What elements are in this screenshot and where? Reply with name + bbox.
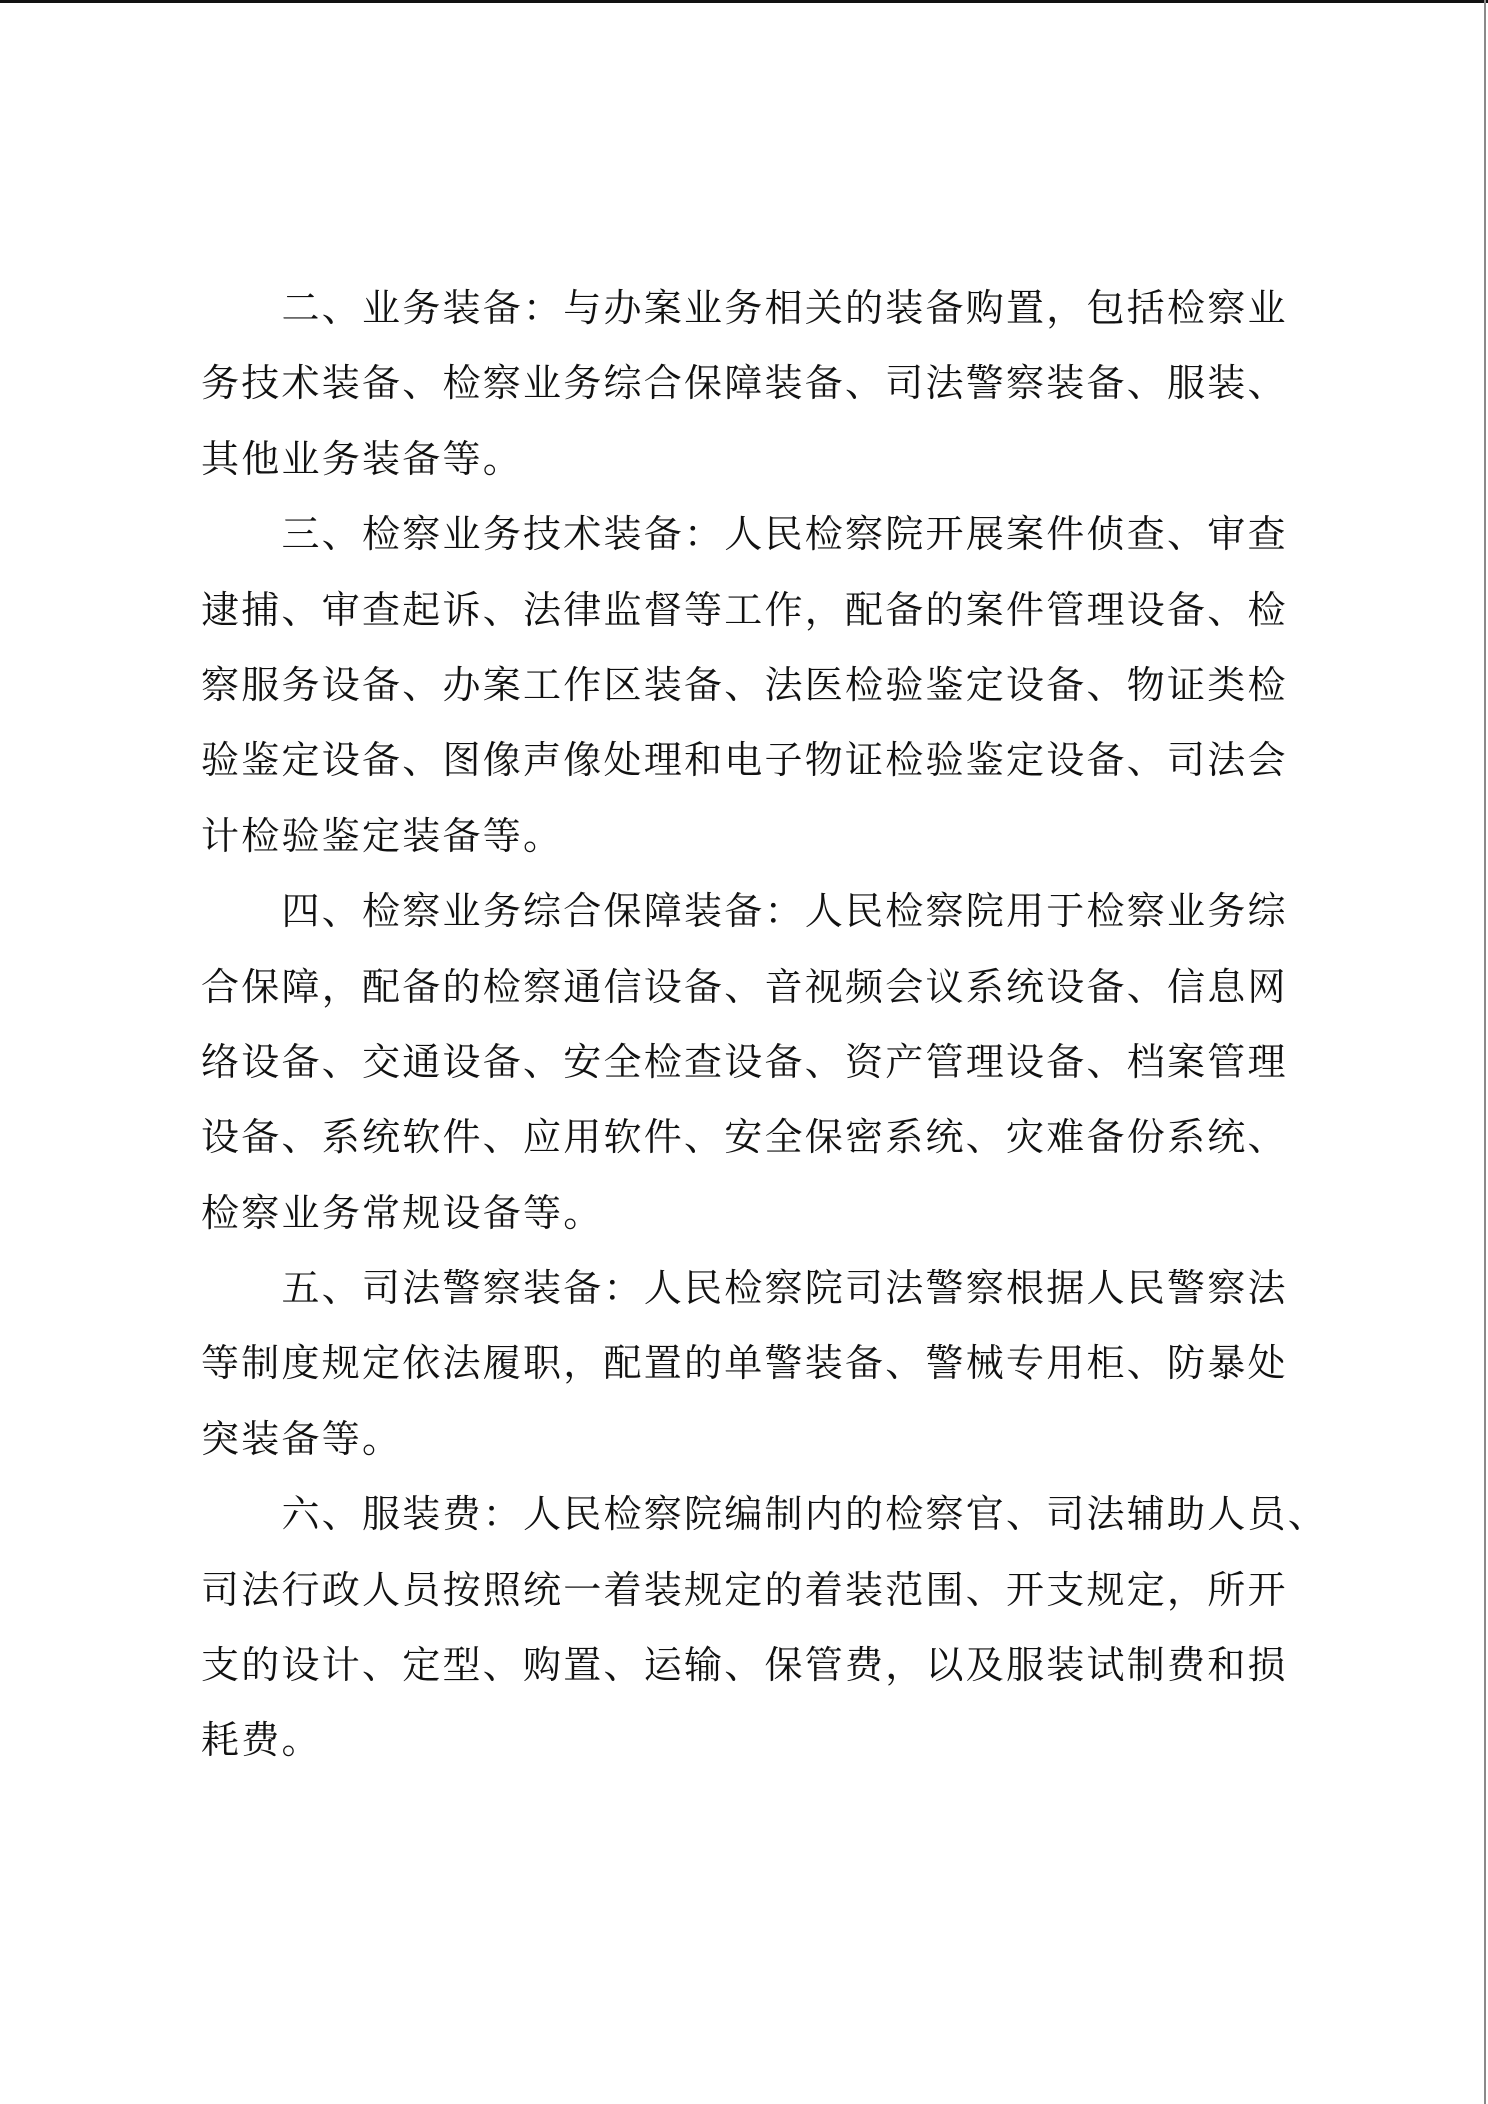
text-line: 突装备等。: [201, 1402, 1301, 1477]
document-body: 二、业务装备：与办案业务相关的装备购置，包括检察业 务技术装备、检察业务综合保障…: [201, 271, 1301, 1779]
page-right-edge: [1484, 0, 1486, 2104]
text-line: 察服务设备、办案工作区装备、法医检验鉴定设备、物证类检: [201, 648, 1301, 723]
paragraph-equipment: 二、业务装备：与办案业务相关的装备购置，包括检察业 务技术装备、检察业务综合保障…: [201, 271, 1301, 497]
text-line: 司法行政人员按照统一着装规定的着装范围、开支规定，所开: [201, 1553, 1301, 1628]
text-line: 二、业务装备：与办案业务相关的装备购置，包括检察业: [201, 271, 1301, 346]
page-top-edge: [0, 0, 1488, 3]
text-line: 检察业务常规设备等。: [201, 1176, 1301, 1251]
text-line: 四、检察业务综合保障装备：人民检察院用于检察业务综: [201, 874, 1301, 949]
text-line: 其他业务装备等。: [201, 422, 1301, 497]
paragraph-judicial-police-equipment: 五、司法警察装备：人民检察院司法警察根据人民警察法 等制度规定依法履职，配置的单…: [201, 1251, 1301, 1477]
text-line: 六、服装费：人民检察院编制内的检察官、司法辅助人员、: [201, 1477, 1301, 1552]
text-line: 等制度规定依法履职，配置的单警装备、警械专用柜、防暴处: [201, 1326, 1301, 1401]
text-line: 五、司法警察装备：人民检察院司法警察根据人民警察法: [201, 1251, 1301, 1326]
paragraph-uniform-costs: 六、服装费：人民检察院编制内的检察官、司法辅助人员、 司法行政人员按照统一着装规…: [201, 1477, 1301, 1779]
paragraph-support-equipment: 四、检察业务综合保障装备：人民检察院用于检察业务综 合保障，配备的检察通信设备、…: [201, 874, 1301, 1251]
text-line: 验鉴定设备、图像声像处理和电子物证检验鉴定设备、司法会: [201, 723, 1301, 798]
text-line: 逮捕、审查起诉、法律监督等工作，配备的案件管理设备、检: [201, 573, 1301, 648]
paragraph-technical-equipment: 三、检察业务技术装备：人民检察院开展案件侦查、审查 逮捕、审查起诉、法律监督等工…: [201, 497, 1301, 874]
text-line: 络设备、交通设备、安全检查设备、资产管理设备、档案管理: [201, 1025, 1301, 1100]
text-line: 合保障，配备的检察通信设备、音视频会议系统设备、信息网: [201, 950, 1301, 1025]
text-line: 支的设计、定型、购置、运输、保管费，以及服装试制费和损: [201, 1628, 1301, 1703]
text-line: 计检验鉴定装备等。: [201, 799, 1301, 874]
text-line: 务技术装备、检察业务综合保障装备、司法警察装备、服装、: [201, 346, 1301, 421]
text-line: 三、检察业务技术装备：人民检察院开展案件侦查、审查: [201, 497, 1301, 572]
text-line: 设备、系统软件、应用软件、安全保密系统、灾难备份系统、: [201, 1100, 1301, 1175]
text-line: 耗费。: [201, 1703, 1301, 1778]
